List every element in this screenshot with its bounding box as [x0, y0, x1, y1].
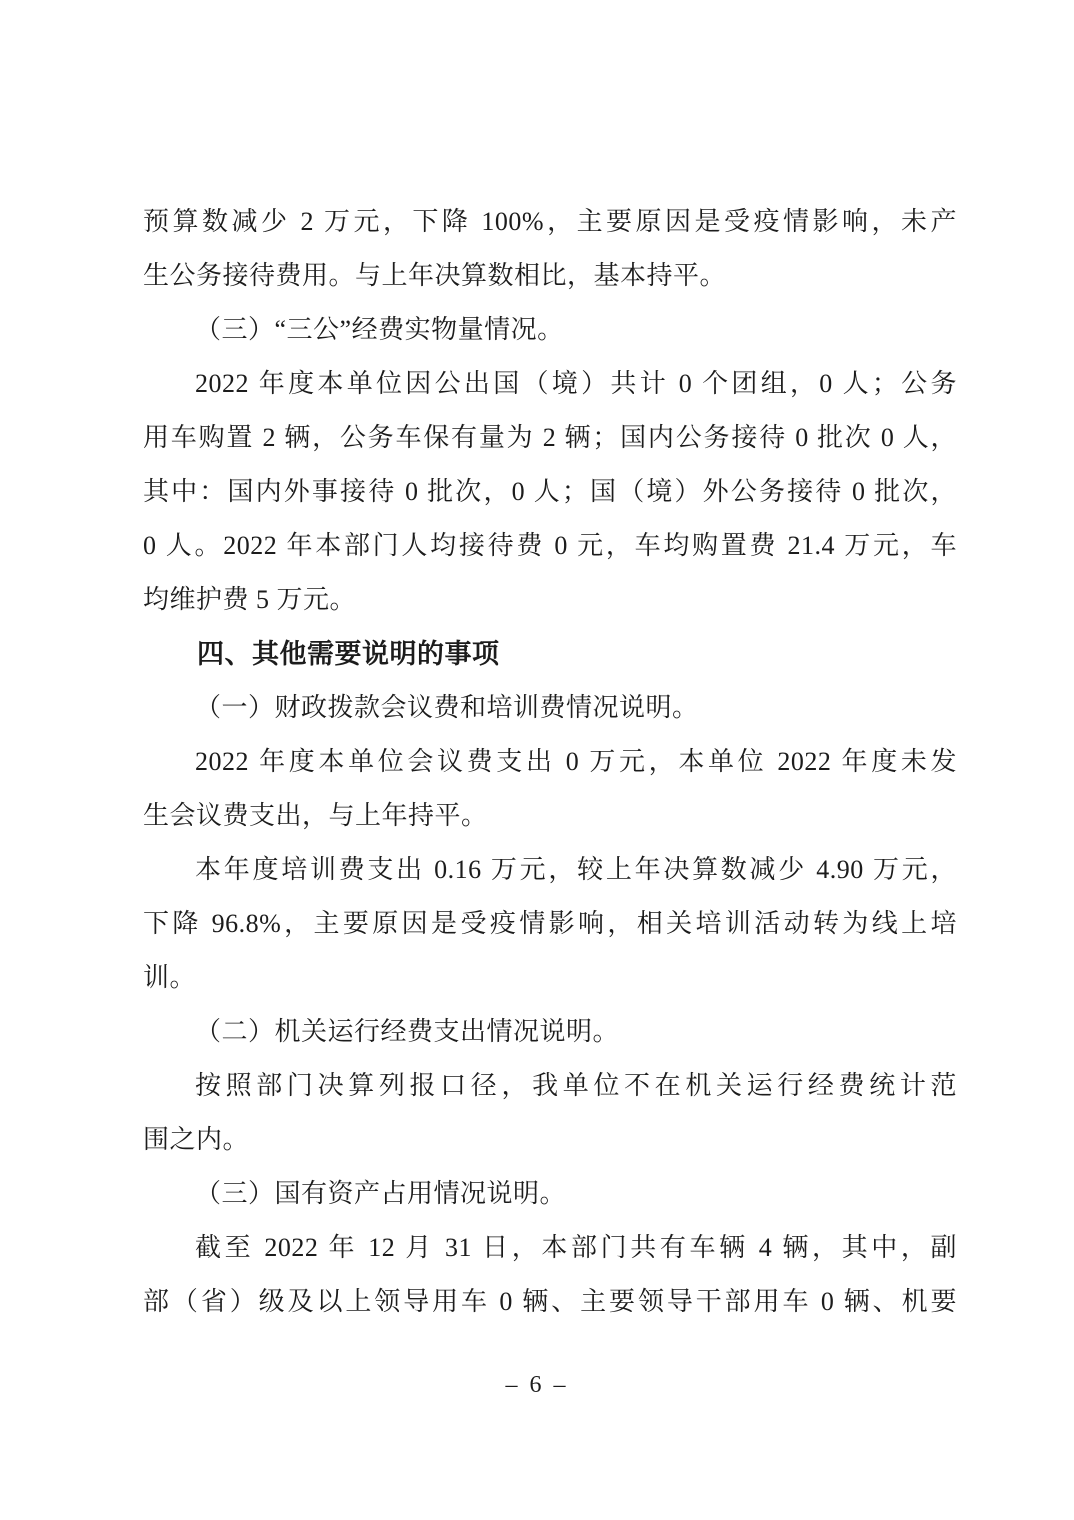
page-number: – 6 –	[0, 1370, 1074, 1400]
text-line: 围之内。	[143, 1113, 957, 1167]
text-line: 部（省）级及以上领导用车 0 辆、主要领导干部用车 0 辆、机要	[143, 1275, 957, 1329]
document-page: 预算数减少 2 万元，下降 100%，主要原因是受疫情影响，未产生公务接待费用。…	[0, 0, 1074, 1520]
subsection-heading: （二）机关运行经费支出情况说明。	[143, 1005, 957, 1059]
document-body: 预算数减少 2 万元，下降 100%，主要原因是受疫情影响，未产生公务接待费用。…	[143, 195, 957, 1329]
text-line: 训。	[143, 951, 957, 1005]
text-line: 2022 年度本单位因公出国（境）共计 0 个团组，0 人；公务	[143, 357, 957, 411]
text-line: 生公务接待费用。与上年决算数相比，基本持平。	[143, 249, 957, 303]
text-line: 下降 96.8%，主要原因是受疫情影响，相关培训活动转为线上培	[143, 897, 957, 951]
text-line: 按照部门决算列报口径，我单位不在机关运行经费统计范	[143, 1059, 957, 1113]
subsection-heading: （一）财政拨款会议费和培训费情况说明。	[143, 681, 957, 735]
section-heading: 四、其他需要说明的事项	[143, 627, 957, 681]
text-line: 截至 2022 年 12 月 31 日，本部门共有车辆 4 辆，其中，副	[143, 1221, 957, 1275]
text-line: 其中：国内外事接待 0 批次，0 人；国（境）外公务接待 0 批次，	[143, 465, 957, 519]
text-line: 0 人。2022 年本部门人均接待费 0 元，车均购置费 21.4 万元，车	[143, 519, 957, 573]
text-line: 生会议费支出，与上年持平。	[143, 789, 957, 843]
subsection-heading: （三）“三公”经费实物量情况。	[143, 303, 957, 357]
text-line: 均维护费 5 万元。	[143, 573, 957, 627]
text-line: 用车购置 2 辆，公务车保有量为 2 辆；国内公务接待 0 批次 0 人，	[143, 411, 957, 465]
text-line: 2022 年度本单位会议费支出 0 万元，本单位 2022 年度未发	[143, 735, 957, 789]
text-line: 本年度培训费支出 0.16 万元，较上年决算数减少 4.90 万元，	[143, 843, 957, 897]
text-line: 预算数减少 2 万元，下降 100%，主要原因是受疫情影响，未产	[143, 195, 957, 249]
subsection-heading: （三）国有资产占用情况说明。	[143, 1167, 957, 1221]
